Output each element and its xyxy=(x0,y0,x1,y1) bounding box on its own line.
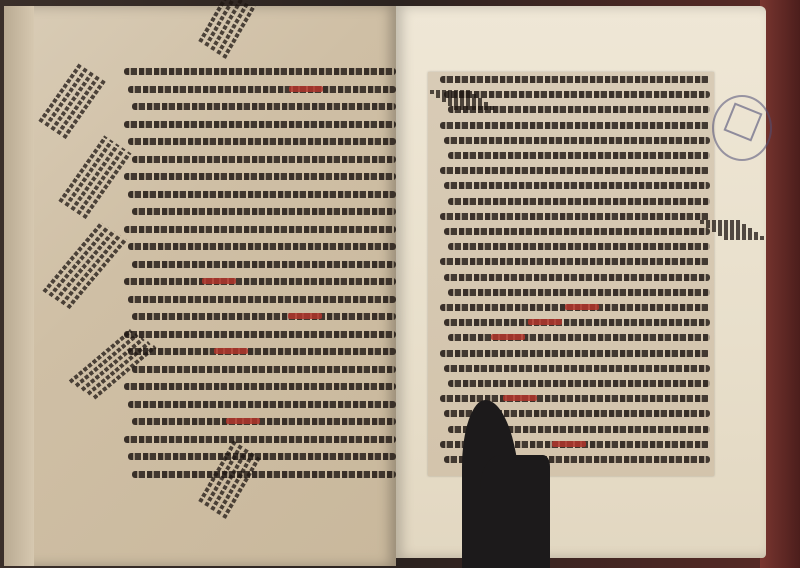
text-line xyxy=(124,383,396,390)
text-line xyxy=(440,213,710,220)
text-line xyxy=(444,228,710,235)
left-main-text xyxy=(110,64,400,484)
text-line xyxy=(444,182,710,189)
text-line xyxy=(448,243,710,250)
text-line xyxy=(448,334,710,341)
rubric-mark xyxy=(491,334,525,340)
right-page xyxy=(396,6,766,558)
left-page-edge xyxy=(4,6,34,566)
text-line xyxy=(132,418,396,425)
text-line xyxy=(440,122,710,129)
text-line xyxy=(124,436,396,443)
text-line xyxy=(124,68,396,75)
text-line xyxy=(448,198,710,205)
text-line xyxy=(132,208,396,215)
text-line xyxy=(132,156,396,163)
rubric-mark xyxy=(288,313,322,319)
text-line xyxy=(444,319,710,326)
text-line xyxy=(444,365,710,372)
text-line xyxy=(444,91,710,98)
text-line xyxy=(128,86,396,93)
text-line xyxy=(128,243,396,250)
seal-stamp-icon xyxy=(712,95,772,161)
text-line xyxy=(124,121,396,128)
rubric-mark xyxy=(214,348,248,354)
text-line xyxy=(124,173,396,180)
text-line xyxy=(128,453,396,460)
text-line xyxy=(132,313,396,320)
rubric-mark xyxy=(289,86,323,92)
rubric-mark xyxy=(226,418,260,424)
rubric-mark xyxy=(503,395,537,401)
rubric-mark xyxy=(565,304,599,310)
text-line xyxy=(128,296,396,303)
text-line xyxy=(440,258,710,265)
text-line xyxy=(124,331,396,338)
text-line xyxy=(448,289,710,296)
text-line xyxy=(132,261,396,268)
text-line xyxy=(132,471,396,478)
text-line xyxy=(448,380,710,387)
torn-hole-lower xyxy=(480,455,550,568)
text-line xyxy=(440,76,710,83)
text-line xyxy=(128,401,396,408)
marginal-note xyxy=(724,236,764,240)
text-line xyxy=(128,138,396,145)
marginal-note xyxy=(454,106,494,110)
star-seal-icon xyxy=(723,102,762,141)
text-line xyxy=(128,191,396,198)
text-line xyxy=(448,152,710,159)
text-line xyxy=(132,366,396,373)
text-line xyxy=(444,137,710,144)
text-line xyxy=(444,274,710,281)
text-line xyxy=(440,350,710,357)
text-line xyxy=(132,103,396,110)
text-line xyxy=(440,167,710,174)
text-line xyxy=(124,278,396,285)
rubric-mark xyxy=(202,278,236,284)
rubric-mark xyxy=(552,441,586,447)
text-line xyxy=(124,226,396,233)
rubric-mark xyxy=(528,319,562,325)
text-line xyxy=(128,348,396,355)
manuscript-photo: Manuscript spread xyxy=(0,0,800,568)
book-cover-edge xyxy=(760,0,800,568)
